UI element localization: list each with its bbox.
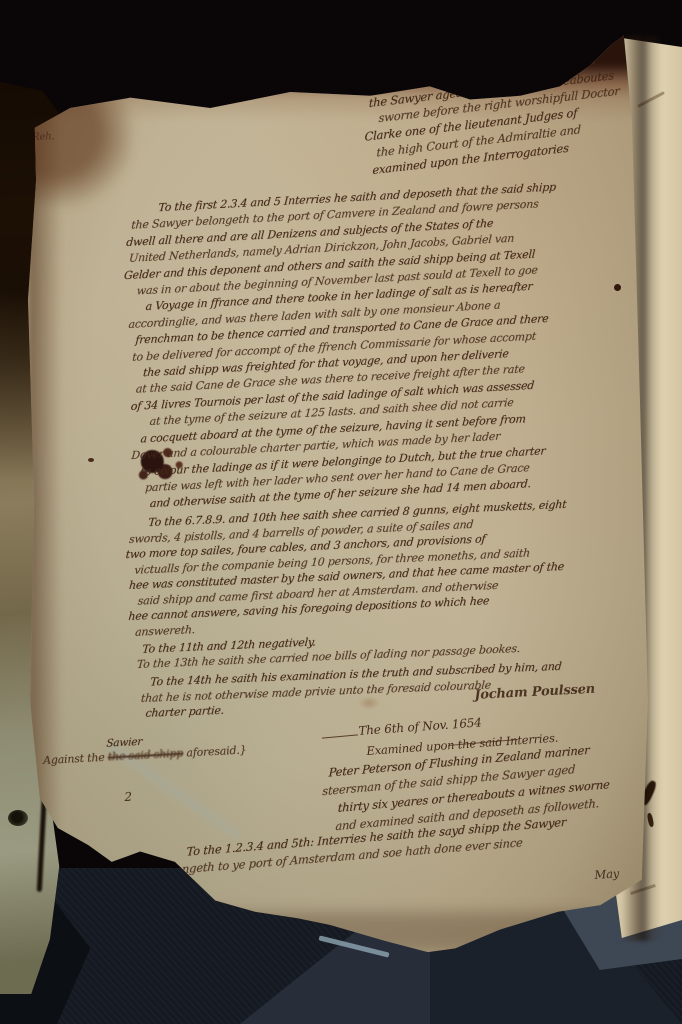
deposition-paragraph-1: To the first 2.3.4 and 5 Interries he sa… xyxy=(124,179,572,513)
ink-speck xyxy=(614,284,621,291)
pen-flourish xyxy=(322,734,358,738)
margin-note-against: Sawier Against the the said shipp afores… xyxy=(42,729,247,768)
date-heading-1: The 6th of November 1654 xyxy=(380,27,547,59)
margin-text-prefix: Against the xyxy=(43,751,108,767)
case-heading: Our ld Proctor against the Sawyer of Cam… xyxy=(62,47,349,100)
deponent-intro: Joachim Paul Paulson of Camvere in Zeala… xyxy=(358,33,626,179)
pen-underline xyxy=(490,61,582,72)
margin-note-reh: Reh. xyxy=(32,131,55,143)
manuscript-page: Our ld Proctor against the Sawyer of Cam… xyxy=(28,30,648,970)
manuscript-line: Joachim Paul Paulson of Camvere in xyxy=(387,33,614,76)
pen-flourish xyxy=(334,53,378,59)
crossed-out-word: the said shipp xyxy=(107,747,183,764)
binding-wormhole xyxy=(8,810,28,826)
deposition-paragraph-2: To the 6.7.8.9. and 10th hee saith shee … xyxy=(126,497,571,640)
date-heading-2: The 6th of Nov. 1654 xyxy=(358,715,482,738)
ink-speck xyxy=(88,458,94,462)
margin-number: 2 xyxy=(124,790,132,804)
catchword: May xyxy=(594,866,619,882)
margin-text-suffix: aforesaid.} xyxy=(183,743,247,759)
manuscript-photo: Our ld Proctor against the Sawyer of Cam… xyxy=(0,0,682,1024)
manuscript-line: Our ld Proctor against the Sawyer of Cam… xyxy=(62,46,348,82)
